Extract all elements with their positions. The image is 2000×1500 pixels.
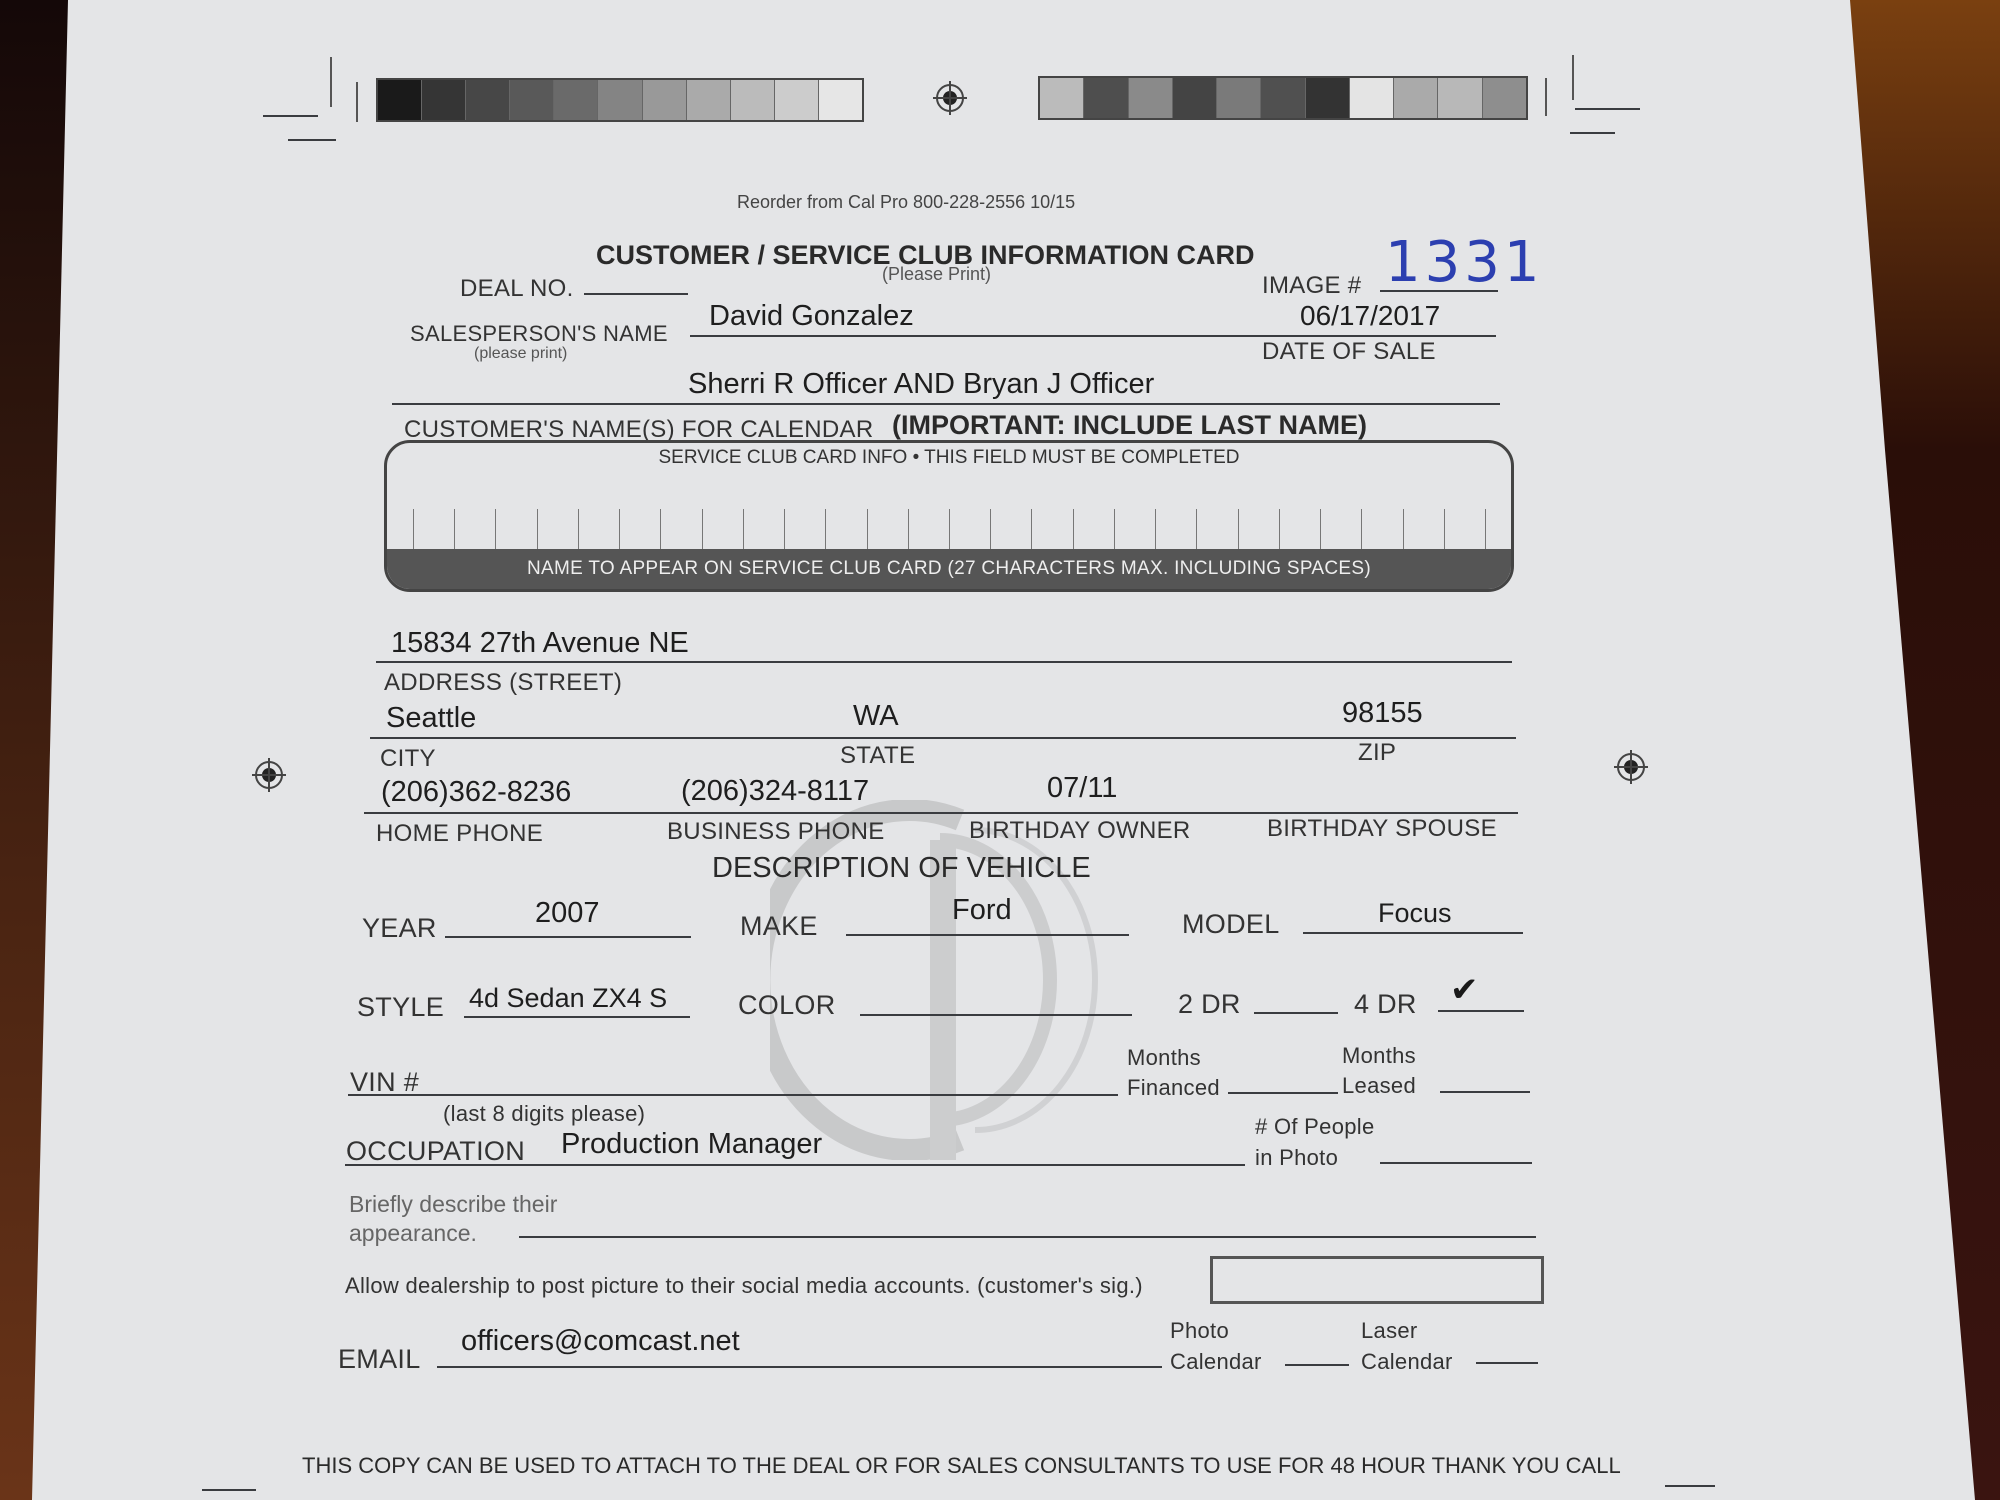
two-door-label: 2 DR (1178, 989, 1241, 1020)
grayscale-calibration-strip (376, 78, 864, 122)
people-in-photo-label-top: # Of People (1255, 1114, 1375, 1140)
character-tick (1196, 509, 1197, 549)
year-field[interactable]: 2007 (535, 897, 600, 930)
character-tick (1279, 509, 1280, 549)
crop-mark (1575, 108, 1640, 110)
birthday-owner-field[interactable]: 07/11 (1047, 772, 1117, 805)
salesperson-sublabel: (please print) (474, 345, 567, 363)
style-label: STYLE (357, 992, 444, 1023)
crop-mark (1665, 1485, 1715, 1487)
character-tick (454, 509, 455, 549)
character-tick (1155, 509, 1156, 549)
photo-calendar-label-bottom: Calendar (1170, 1349, 1262, 1375)
image-no-field[interactable]: 1331 (1385, 230, 1544, 295)
character-tick (660, 509, 661, 549)
two-door-checkbox[interactable] (1254, 1012, 1338, 1014)
address-field[interactable]: 15834 27th Avenue NE (391, 627, 689, 660)
character-tick (1320, 509, 1321, 549)
home-phone-label: HOME PHONE (376, 820, 543, 848)
checkmark-icon: ✔ (1450, 970, 1479, 1010)
color-label: COLOR (738, 990, 836, 1021)
state-label: STATE (840, 742, 915, 770)
character-tick (784, 509, 785, 549)
character-tick (1238, 509, 1239, 549)
birthday-spouse-label: BIRTHDAY SPOUSE (1267, 815, 1497, 843)
character-tick (867, 509, 868, 549)
state-field[interactable]: WA (853, 700, 899, 733)
city-state-zip-underline (370, 737, 1516, 739)
laser-calendar-label-bottom: Calendar (1361, 1349, 1453, 1375)
model-field[interactable]: Focus (1378, 898, 1452, 929)
service-card-band: NAME TO APPEAR ON SERVICE CLUB CARD (27 … (387, 549, 1511, 589)
character-tick (1114, 509, 1115, 549)
registration-mark-icon (1614, 750, 1648, 784)
make-underline (846, 934, 1129, 936)
months-leased-label-bottom: Leased (1342, 1073, 1416, 1099)
social-media-signature-box[interactable] (1210, 1256, 1544, 1304)
service-club-card-field[interactable]: SERVICE CLUB CARD INFO • THIS FIELD MUST… (384, 440, 1514, 592)
character-tick (825, 509, 826, 549)
character-tick (537, 509, 538, 549)
make-field[interactable]: Ford (952, 894, 1012, 927)
crop-mark (1545, 78, 1547, 116)
make-label: MAKE (740, 911, 818, 942)
date-of-sale-label: DATE OF SALE (1262, 338, 1436, 366)
image-no-label: IMAGE # (1262, 272, 1361, 300)
deal-no-label: DEAL NO. (460, 275, 574, 303)
four-door-label: 4 DR (1354, 989, 1417, 1020)
character-tick (1031, 509, 1032, 549)
year-label: YEAR (362, 913, 437, 944)
vehicle-section-title: DESCRIPTION OF VEHICLE (712, 852, 1091, 885)
months-leased-label-top: Months (1342, 1043, 1416, 1069)
salesperson-underline (690, 335, 1496, 337)
character-tick (495, 509, 496, 549)
year-underline (445, 936, 691, 938)
service-card-header: SERVICE CLUB CARD INFO • THIS FIELD MUST… (387, 447, 1511, 469)
salesperson-field[interactable]: David Gonzalez (709, 300, 914, 333)
customer-names-underline (392, 403, 1500, 405)
style-underline (464, 1016, 690, 1018)
birthday-owner-label: BIRTHDAY OWNER (969, 817, 1191, 845)
character-tick (1403, 509, 1404, 549)
crop-mark (1572, 55, 1574, 100)
deal-no-field[interactable] (584, 293, 688, 295)
city-label: CITY (380, 745, 436, 773)
form-subtitle: (Please Print) (882, 264, 991, 285)
vin-sublabel: (last 8 digits please) (443, 1101, 645, 1127)
zip-label: ZIP (1358, 739, 1396, 767)
people-in-photo-field[interactable] (1380, 1162, 1532, 1164)
character-tick (1485, 509, 1486, 549)
reorder-line: Reorder from Cal Pro 800-228-2556 10/15 (737, 192, 1075, 213)
crop-mark (263, 115, 318, 117)
crop-mark (356, 82, 358, 122)
four-door-checkbox[interactable] (1438, 1010, 1524, 1012)
character-tick (1361, 509, 1362, 549)
months-financed-label-bottom: Financed (1127, 1075, 1220, 1101)
occupation-field[interactable]: Production Manager (561, 1128, 822, 1161)
laser-calendar-label-top: Laser (1361, 1318, 1418, 1344)
customer-names-important: (IMPORTANT: INCLUDE LAST NAME) (892, 410, 1367, 441)
appearance-label-bottom: appearance. (349, 1220, 477, 1247)
salesperson-label: SALESPERSON'S NAME (410, 321, 668, 347)
address-label: ADDRESS (STREET) (384, 669, 622, 697)
address-underline (376, 661, 1512, 663)
appearance-label-top: Briefly describe their (349, 1191, 557, 1218)
character-tick (949, 509, 950, 549)
crop-mark (330, 57, 332, 107)
months-leased-field[interactable] (1440, 1091, 1530, 1093)
email-field[interactable]: officers@comcast.net (461, 1325, 740, 1358)
crop-mark (1570, 132, 1615, 134)
business-phone-label: BUSINESS PHONE (667, 818, 885, 846)
vin-field[interactable] (348, 1094, 1118, 1096)
crop-mark (202, 1489, 256, 1491)
laser-calendar-field[interactable] (1476, 1362, 1538, 1364)
model-underline (1303, 932, 1523, 934)
character-tick (578, 509, 579, 549)
character-tick (908, 509, 909, 549)
city-field[interactable]: Seattle (386, 702, 476, 735)
date-of-sale-field[interactable]: 06/17/2017 (1300, 300, 1440, 332)
registration-mark-icon (252, 758, 286, 792)
character-tick (1073, 509, 1074, 549)
photo-calendar-field[interactable] (1285, 1364, 1349, 1366)
character-tick (413, 509, 414, 549)
character-tick (1444, 509, 1445, 549)
business-phone-field[interactable]: (206)324-8117 (681, 775, 869, 808)
style-field[interactable]: 4d Sedan ZX4 S (469, 983, 667, 1014)
character-tick (990, 509, 991, 549)
social-media-label: Allow dealership to post picture to thei… (345, 1273, 1143, 1299)
character-tick (619, 509, 620, 549)
color-field[interactable] (860, 1014, 1132, 1016)
grayscale-calibration-strip (1038, 76, 1528, 120)
character-tick (702, 509, 703, 549)
crop-mark (288, 139, 336, 141)
email-underline (437, 1366, 1162, 1368)
appearance-field[interactable] (519, 1236, 1536, 1238)
photo-calendar-label-top: Photo (1170, 1318, 1229, 1344)
people-in-photo-label-bottom: in Photo (1255, 1145, 1338, 1171)
months-financed-label-top: Months (1127, 1045, 1201, 1071)
occupation-underline (345, 1164, 1245, 1166)
occupation-label: OCCUPATION (346, 1136, 525, 1167)
character-tick (743, 509, 744, 549)
email-label: EMAIL (338, 1344, 421, 1375)
footer-note: THIS COPY CAN BE USED TO ATTACH TO THE D… (302, 1453, 1621, 1479)
zip-field[interactable]: 98155 (1342, 697, 1423, 730)
months-financed-field[interactable] (1228, 1092, 1338, 1094)
home-phone-field[interactable]: (206)362-8236 (381, 776, 571, 809)
model-label: MODEL (1182, 909, 1280, 940)
phones-underline (364, 812, 1518, 814)
registration-mark-icon (933, 81, 967, 115)
customer-names-field[interactable]: Sherri R Officer AND Bryan J Officer (688, 368, 1154, 401)
